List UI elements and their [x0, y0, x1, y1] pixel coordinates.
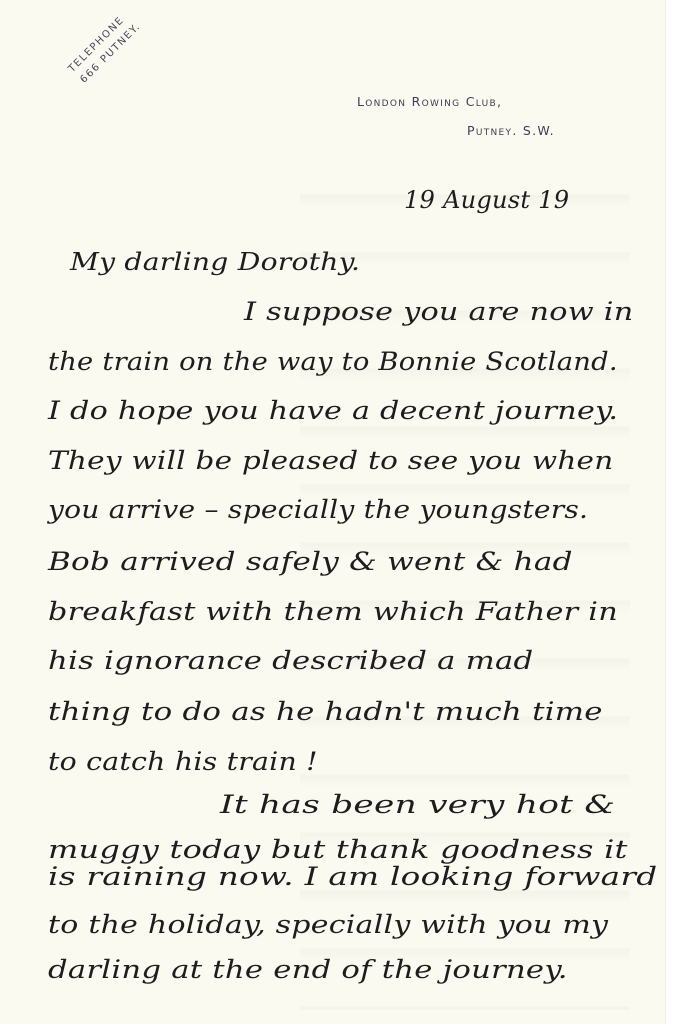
letter-line: breakfast with them which Father in	[48, 597, 618, 626]
letter-line: the train on the way to Bonnie Scotland.	[48, 347, 618, 376]
club-name: London Rowing Club,	[357, 94, 555, 109]
letter-line: They will be pleased to see you when	[48, 446, 613, 475]
club-address: Putney. S.W.	[467, 123, 555, 138]
letter-line: to the holiday, specially with you my	[48, 910, 608, 939]
letter-page: TELEPHONE 666 PUTNEY. London Rowing Club…	[0, 0, 691, 1024]
letter-line: his ignorance described a mad	[48, 646, 533, 675]
salutation: My darling Dorothy.	[70, 248, 360, 276]
letter-line: It has been very hot &	[220, 790, 615, 819]
letter-line: I suppose you are now in	[244, 297, 633, 326]
letter-line: you arrive – specially the youngsters.	[48, 495, 588, 524]
letter-line: Bob arrived safely & went & had	[48, 547, 573, 576]
letter-line: is raining now. I am looking forward	[48, 862, 657, 891]
letter-line: darling at the end of the journey.	[48, 955, 568, 984]
letterhead: London Rowing Club, Putney. S.W.	[357, 94, 555, 138]
letter-date: 19 August 19	[404, 186, 569, 214]
letter-line: thing to do as he hadn't much time	[48, 697, 603, 726]
letter-line: to catch his train !	[48, 747, 318, 776]
letter-line: I do hope you have a decent journey.	[48, 396, 618, 425]
letter-line: muggy today but thank goodness it	[48, 835, 628, 864]
